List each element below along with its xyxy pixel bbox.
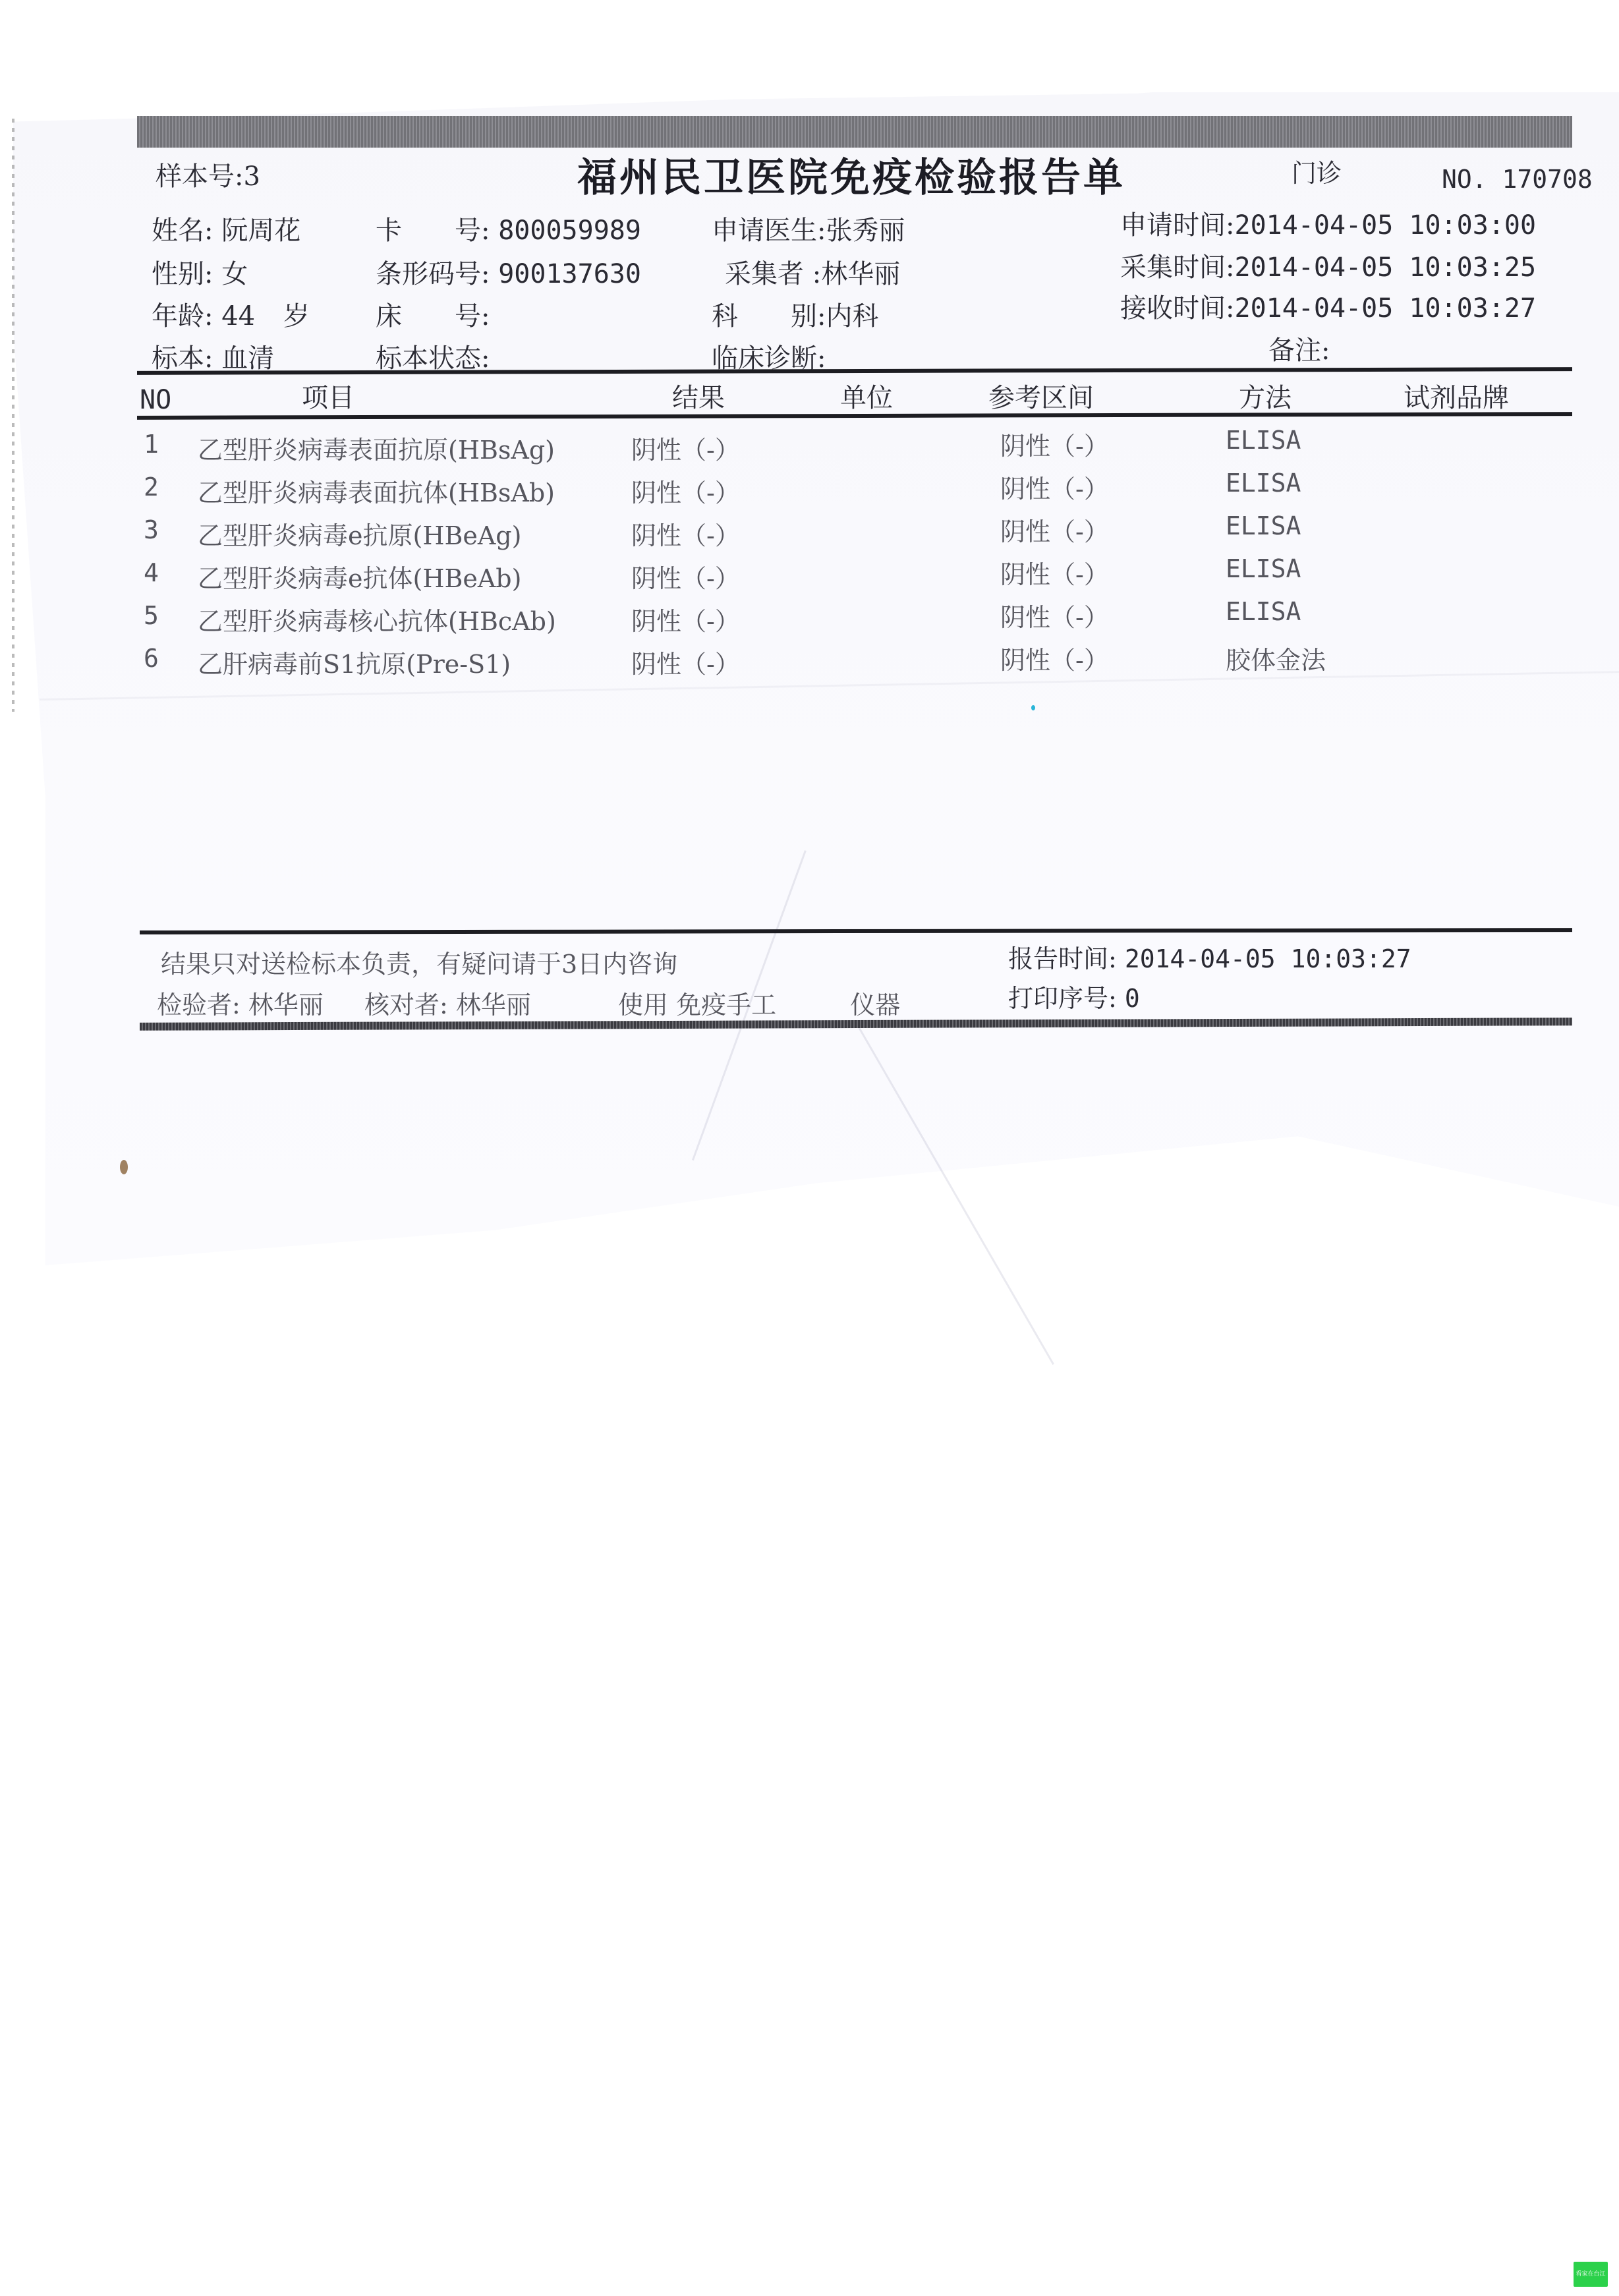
report-no: NO. 170708 (1442, 165, 1593, 194)
barcode-label: 条形码号: (376, 259, 490, 289)
age-value: 44 (221, 301, 255, 331)
cell-reference: 阴性（-） (1000, 640, 1109, 676)
specimen-status: 标本状态: (376, 337, 490, 375)
cell-reference: 阴性（-） (1000, 554, 1109, 590)
cell-method: ELISA (1226, 597, 1301, 626)
card-no: 卡 号: 800059989 (376, 210, 641, 247)
cell-no: 3 (144, 515, 159, 544)
age-label: 年龄: (152, 301, 213, 331)
gender-value: 女 (221, 259, 248, 289)
report-no-label: NO. (1442, 165, 1487, 194)
doctor-value: 张秀丽 (826, 215, 905, 246)
cell-method: ELISA (1226, 469, 1301, 498)
cell-no: 2 (144, 473, 159, 502)
using-label: 使用 (618, 990, 668, 1019)
remarks: 备注: (1268, 330, 1330, 367)
request-time-value: 2014-04-05 10:03:00 (1234, 210, 1536, 241)
specimen-value: 血清 (221, 343, 274, 374)
cell-result: 阴性（-） (631, 473, 740, 509)
cell-no: 5 (144, 601, 159, 630)
cell-item: 乙肝病毒前S1抗原(Pre-S1) (198, 644, 511, 680)
name-value: 阮周花 (221, 215, 300, 246)
column-header: 试剂品牌 (1404, 377, 1509, 415)
column-header: 参考区间 (988, 377, 1094, 415)
column-header: 单位 (840, 377, 893, 415)
department-label: 科 别: (712, 301, 826, 331)
collect-time: 采集时间:2014-04-05 10:03:25 (1120, 246, 1536, 284)
patient-name: 姓名: 阮周花 (152, 210, 300, 247)
cell-item: 乙型肝炎病毒e抗原(HBeAg) (198, 515, 521, 552)
bed-label: 床 号: (376, 301, 490, 331)
patient-age: 年龄: 44 岁 (152, 295, 310, 333)
request-time: 申请时间:2014-04-05 10:03:00 (1120, 204, 1536, 242)
paper-edge (12, 119, 14, 712)
cell-item: 乙型肝炎病毒表面抗原(HBsAg) (198, 430, 555, 466)
tester-value: 林华丽 (248, 990, 324, 1019)
cell-method: ELISA (1226, 554, 1301, 583)
card-value: 800059989 (498, 215, 641, 246)
report-time: 报告时间: 2014-04-05 10:03:27 (1008, 938, 1411, 975)
collector: 采集者 :林华丽 (725, 253, 900, 291)
print-header-band (137, 116, 1572, 148)
collect-time-label: 采集时间: (1120, 252, 1234, 283)
instrument-label: 仪器 (850, 990, 900, 1019)
patient-specimen: 标本: 血清 (152, 337, 274, 375)
sample-no: 样本号:3 (156, 156, 260, 193)
receive-time-value: 2014-04-05 10:03:27 (1234, 293, 1536, 324)
cell-item: 乙型肝炎病毒核心抗体(HBcAb) (198, 601, 556, 637)
print-no-label: 打印序号: (1008, 984, 1117, 1013)
cell-method: ELISA (1226, 511, 1301, 540)
ink-speck (1031, 705, 1035, 710)
signatures: 检验者: 林华丽 核对者: 林华丽 使用 免疫手工 仪器 (157, 985, 900, 1021)
department: 科 别:内科 (712, 295, 878, 333)
cell-item: 乙型肝炎病毒e抗体(HBeAb) (198, 558, 521, 594)
ink-speck (120, 1160, 128, 1174)
doctor-label: 申请医生: (712, 215, 826, 246)
column-header: 结果 (672, 377, 725, 415)
cell-reference: 阴性（-） (1000, 426, 1109, 462)
age-unit: 岁 (283, 301, 310, 331)
cell-reference: 阴性（-） (1000, 469, 1109, 505)
bed-no: 床 号: (376, 295, 490, 333)
tester-label: 检验者: (157, 990, 241, 1019)
using-value: 免疫手工 (676, 990, 776, 1019)
collector-value: 林华丽 (821, 259, 900, 289)
request-time-label: 申请时间: (1120, 210, 1234, 241)
cell-no: 1 (144, 430, 159, 459)
cell-result: 阴性（-） (631, 601, 740, 637)
checker-label: 核对者: (364, 990, 448, 1019)
specimen-label: 标本: (152, 343, 213, 374)
barcode: 条形码号: 900137630 (376, 253, 641, 291)
cell-method: 胶体金法 (1226, 640, 1326, 676)
watermark-badge: 看家在台江 (1574, 2262, 1608, 2287)
print-no-value: 0 (1125, 984, 1140, 1013)
dept-type: 门诊 (1292, 153, 1342, 189)
requesting-doctor: 申请医生:张秀丽 (712, 210, 905, 247)
card-label: 卡 号: (376, 215, 490, 246)
column-header: 项目 (302, 377, 355, 415)
cell-result: 阴性（-） (631, 515, 740, 552)
cell-method: ELISA (1226, 426, 1301, 455)
gender-label: 性别: (152, 259, 213, 289)
cell-no: 6 (144, 644, 159, 673)
name-label: 姓名: (152, 215, 213, 246)
cell-result: 阴性（-） (631, 430, 740, 466)
collect-time-value: 2014-04-05 10:03:25 (1234, 252, 1536, 283)
cell-no: 4 (144, 558, 159, 587)
sample-no-value: 3 (243, 161, 260, 192)
cell-item: 乙型肝炎病毒表面抗体(HBsAb) (198, 473, 555, 509)
receive-time-label: 接收时间: (1120, 293, 1234, 324)
column-header: NO (140, 385, 171, 415)
specimen-status-label: 标本状态: (376, 343, 490, 374)
print-no: 打印序号: 0 (1008, 978, 1140, 1014)
report-no-value: 170708 (1502, 165, 1593, 194)
cell-result: 阴性（-） (631, 558, 740, 594)
cell-reference: 阴性（-） (1000, 597, 1109, 633)
remarks-label: 备注: (1268, 335, 1330, 366)
cell-reference: 阴性（-） (1000, 511, 1109, 548)
receive-time: 接收时间:2014-04-05 10:03:27 (1120, 287, 1536, 325)
cell-result: 阴性（-） (631, 644, 740, 680)
sample-no-label: 样本号: (156, 161, 243, 192)
barcode-value: 900137630 (498, 259, 641, 289)
column-header: 方法 (1239, 377, 1292, 415)
collector-label: 采集者 : (725, 259, 821, 289)
disclaimer: 结果只对送检标本负责，有疑问请于3日内咨询 (161, 944, 677, 980)
report-title: 福州民卫医院免疫检验报告单 (577, 146, 1125, 203)
checker-value: 林华丽 (456, 990, 531, 1019)
patient-gender: 性别: 女 (152, 253, 248, 291)
report-time-value: 2014-04-05 10:03:27 (1125, 944, 1411, 973)
report-time-label: 报告时间: (1008, 944, 1117, 973)
department-value: 内科 (826, 301, 878, 331)
